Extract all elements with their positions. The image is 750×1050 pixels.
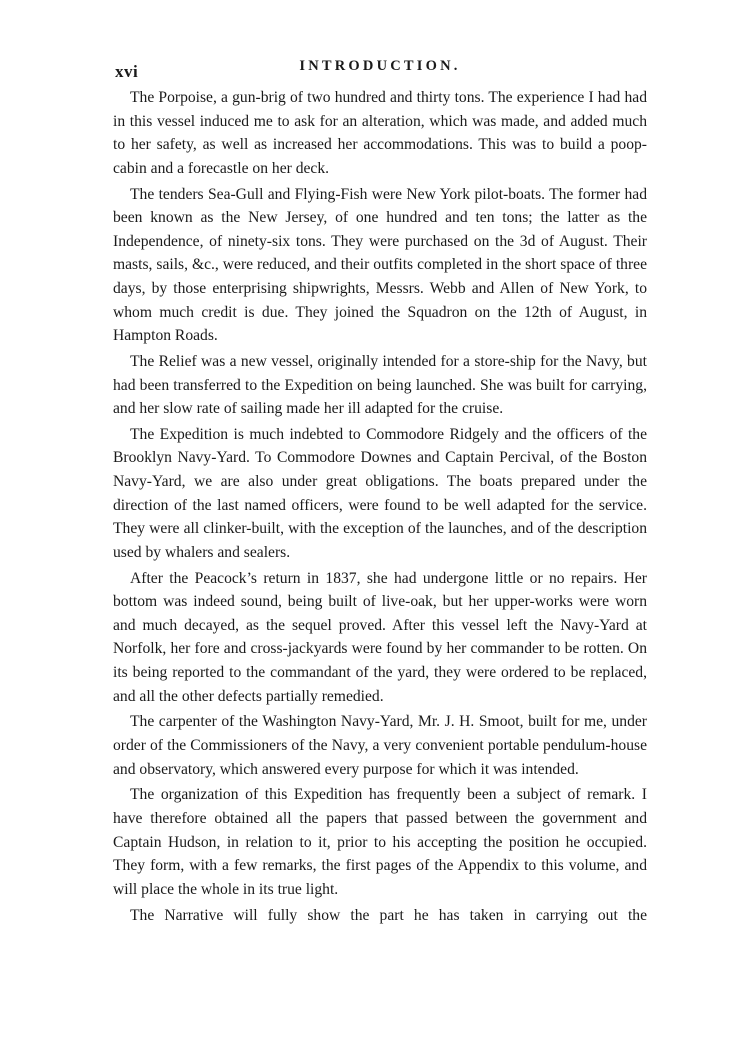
paragraph-relief: The Relief was a new vessel, originally … (113, 350, 647, 421)
paragraph-observatory: The carpenter of the Washington Navy-Yar… (113, 710, 647, 781)
paragraph-peacock: After the Peacock’s return in 1837, she … (113, 567, 647, 709)
chapter-title: INTRODUCTION. (113, 58, 647, 75)
paragraph-porpoise: The Porpoise, a gun-brig of two hundred … (113, 86, 647, 180)
paragraph-navy-yards: The Expedition is much indebted to Commo… (113, 423, 647, 565)
book-page: xvi INTRODUCTION. The Porpoise, a gun-br… (113, 58, 647, 929)
running-head: xvi INTRODUCTION. (113, 58, 647, 80)
paragraph-organization: The organization of this Expedition has … (113, 783, 647, 901)
paragraph-narrative: The Narrative will fully show the part h… (113, 904, 647, 928)
paragraph-tenders: The tenders Sea-Gull and Flying-Fish wer… (113, 183, 647, 348)
